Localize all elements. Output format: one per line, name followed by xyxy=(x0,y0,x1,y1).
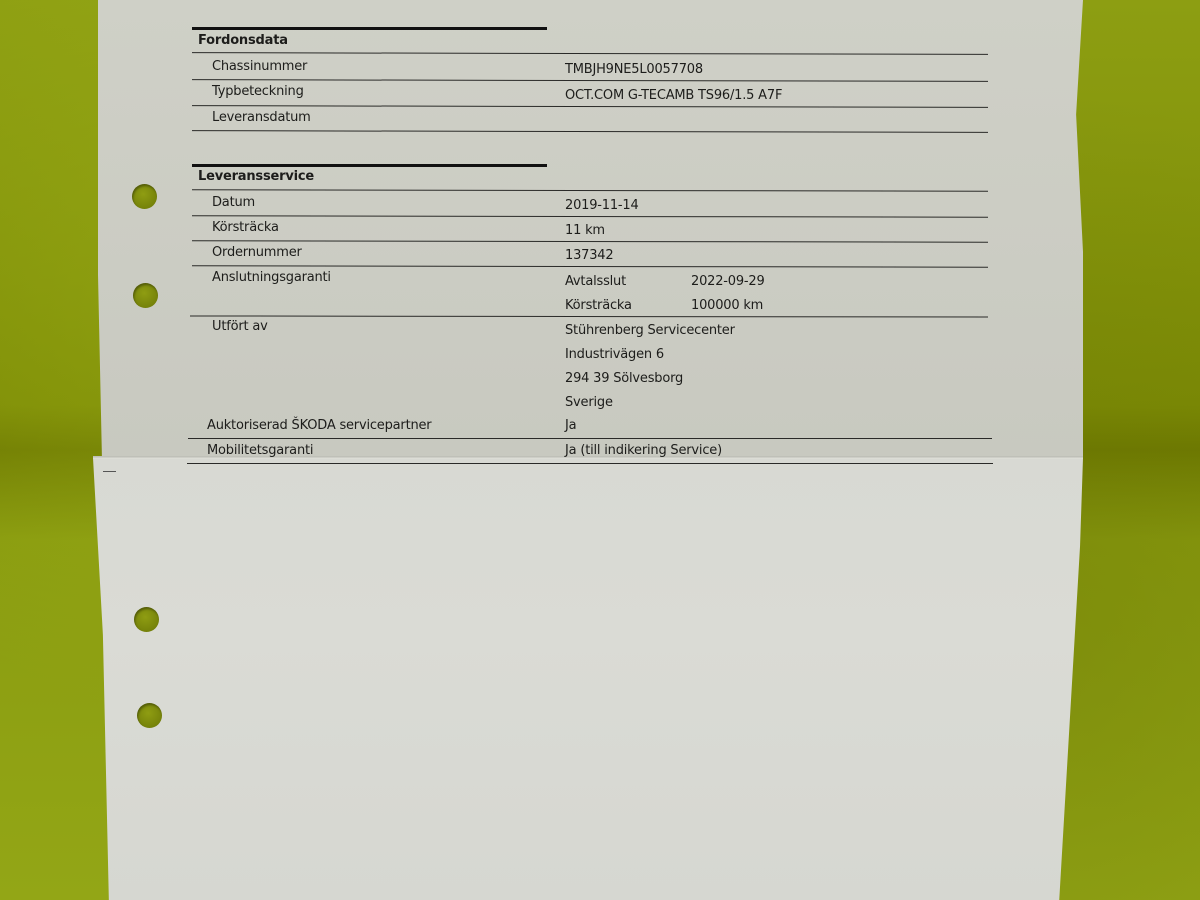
document: Fordonsdata Chassinummer TMBJH9NE5L00577… xyxy=(0,0,1200,900)
section-title: Fordonsdata xyxy=(198,33,288,48)
field-label: Anslutningsgaranti xyxy=(212,270,331,285)
field-label: Utfört av xyxy=(212,319,268,334)
row-divider xyxy=(192,265,988,267)
row-divider xyxy=(192,240,988,242)
address-line: Industrivägen 6 xyxy=(565,347,664,362)
subfield-label: Körsträcka xyxy=(565,298,632,313)
row-divider xyxy=(188,438,992,439)
field-label: Auktoriserad ŠKODA servicepartner xyxy=(207,418,431,433)
field-label: Datum xyxy=(212,195,255,210)
field-value: Ja (till indikering Service) xyxy=(565,443,722,458)
row-divider xyxy=(187,463,993,464)
subfield-value: 100000 km xyxy=(691,298,763,313)
section-divider xyxy=(192,164,547,167)
row-divider xyxy=(192,215,988,217)
field-label: Chassinummer xyxy=(212,59,307,74)
field-label: Körsträcka xyxy=(212,220,279,235)
address-line: 294 39 Sölvesborg xyxy=(565,371,683,386)
field-label: Mobilitetsgaranti xyxy=(207,443,313,458)
row-divider xyxy=(190,315,988,317)
field-label: Ordernummer xyxy=(212,245,302,260)
field-value: 137342 xyxy=(565,248,613,263)
address-line: Stührenberg Servicecenter xyxy=(565,323,735,338)
row-divider xyxy=(192,52,988,55)
address-line: Sverige xyxy=(565,395,613,410)
section-divider xyxy=(192,27,547,30)
field-label: Typbeteckning xyxy=(212,84,304,99)
field-label: Leveransdatum xyxy=(212,110,311,125)
row-divider xyxy=(192,105,988,108)
field-value: 11 km xyxy=(565,223,605,238)
row-divider xyxy=(192,189,988,191)
field-value: TMBJH9NE5L0057708 xyxy=(565,62,703,77)
field-value: OCT.COM G-TECAMB TS96/1.5 A7F xyxy=(565,88,782,103)
subfield-label: Avtalsslut xyxy=(565,274,626,289)
section-title: Leveransservice xyxy=(198,169,314,184)
field-value: Ja xyxy=(565,418,576,433)
row-divider xyxy=(192,79,988,82)
field-value: 2019-11-14 xyxy=(565,198,639,213)
subfield-value: 2022-09-29 xyxy=(691,274,765,289)
row-divider xyxy=(192,130,988,133)
